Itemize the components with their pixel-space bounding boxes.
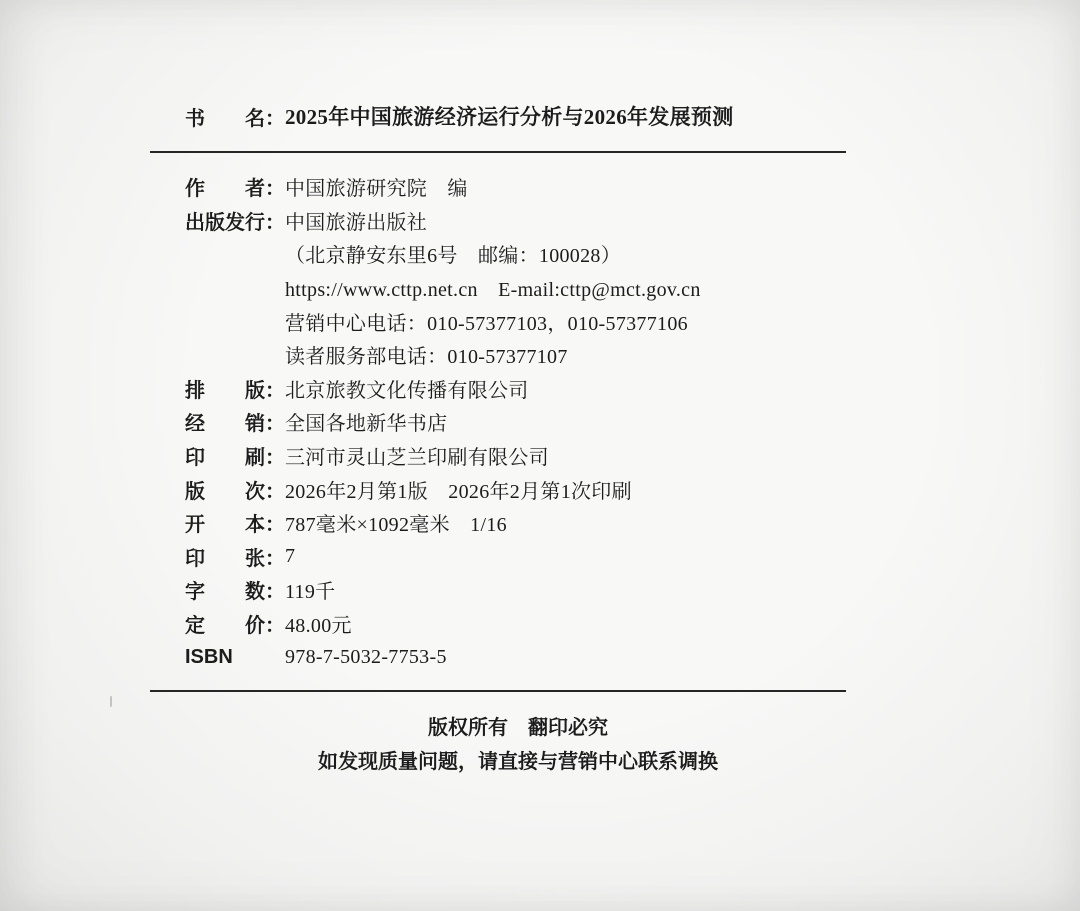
field-label: 版次 (185, 475, 265, 504)
field-separator: ： (265, 542, 285, 571)
divider-bottom (150, 690, 846, 692)
field-label: 定价 (185, 609, 265, 638)
field-row-website-email: https://www.cttp.net.cn E-mail:cttp@mct.… (150, 271, 846, 305)
field-value: （北京静安东里6号 邮编：100028） (285, 239, 621, 268)
field-separator: ： (265, 374, 285, 403)
field-value: https://www.cttp.net.cn E-mail:cttp@mct.… (285, 273, 701, 302)
field-row-sheets: 印张： 7 (150, 540, 846, 574)
field-separator: ： (265, 609, 285, 638)
field-row-author: 作者： 中国旅游研究院 编 (150, 170, 846, 204)
field-label: 作者 (185, 172, 265, 201)
field-label-cell: 出版发行： (185, 206, 285, 235)
field-value: 2026年2月第1版 2026年2月第1次印刷 (285, 475, 632, 504)
field-separator: ： (265, 441, 285, 470)
field-row-isbn: ISBN 978-7-5032-7753-5 (150, 640, 846, 674)
book-copyright-page: 书名 ： 2025年中国旅游经济运行分析与2026年发展预测 作者： 中国旅游研… (0, 0, 1080, 911)
field-label-cell: 开本： (185, 508, 285, 537)
field-row-address: （北京静安东里6号 邮编：100028） (150, 237, 846, 271)
title-label-cell: 书名 ： (185, 102, 285, 131)
field-label: 印张 (185, 542, 265, 571)
field-separator: ： (265, 172, 285, 201)
field-value: 7 (285, 545, 295, 568)
field-row-price: 定价： 48.00元 (150, 607, 846, 641)
field-value: 中国旅游出版社 (285, 206, 427, 235)
field-label: 开本 (185, 508, 265, 537)
field-row-typesetting: 排版： 北京旅教文化传播有限公司 (150, 372, 846, 406)
field-value: 978-7-5032-7753-5 (285, 646, 447, 669)
field-label-cell: 作者： (185, 172, 285, 201)
field-row-reader-service-phone: 读者服务部电话：010-57377107 (150, 338, 846, 372)
field-row-printing: 印刷： 三河市灵山芝兰印刷有限公司 (150, 439, 846, 473)
field-value: 三河市灵山芝兰印刷有限公司 (285, 441, 549, 470)
field-label: 印刷 (185, 441, 265, 470)
field-label-cell: 定价： (185, 609, 285, 638)
field-separator: ： (265, 575, 285, 604)
field-value: 读者服务部电话：010-57377107 (285, 340, 568, 369)
footer-notices: 版权所有 翻印必究 如发现质量问题，请直接与营销中心联系调换 (150, 711, 846, 779)
field-row-word-count: 字数： 119千 (150, 573, 846, 607)
copyright-notice: 版权所有 翻印必究 (190, 711, 846, 745)
field-separator: ： (265, 206, 285, 235)
field-value: 787毫米×1092毫米 1/16 (285, 508, 507, 537)
field-row-distribution: 经销： 全国各地新华书店 (150, 405, 846, 439)
field-label-cell: 印刷： (185, 441, 285, 470)
field-value: 全国各地新华书店 (285, 407, 447, 436)
field-label-cell: 印张： (185, 542, 285, 571)
field-separator: ： (265, 407, 285, 436)
book-title-row: 书名 ： 2025年中国旅游经济运行分析与2026年发展预测 (150, 101, 846, 131)
field-label-cell: 经销： (185, 407, 285, 436)
field-value: 北京旅教文化传播有限公司 (285, 374, 529, 403)
field-value: 营销中心电话：010-57377103，010-57377106 (285, 307, 688, 336)
field-separator: ： (265, 508, 285, 537)
field-label-cell: ISBN (185, 646, 285, 669)
divider-top (150, 151, 846, 153)
field-label: 字数 (185, 575, 265, 604)
field-label-cell: 字数： (185, 575, 285, 604)
quality-exchange-notice: 如发现质量问题，请直接与营销中心联系调换 (190, 745, 846, 779)
field-value: 中国旅游研究院 编 (285, 172, 468, 201)
field-label: 经销 (185, 407, 265, 436)
field-row-format: 开本： 787毫米×1092毫米 1/16 (150, 506, 846, 540)
field-row-marketing-phone: 营销中心电话：010-57377103，010-57377106 (150, 304, 846, 338)
scan-artifact (110, 696, 112, 707)
field-row-edition: 版次： 2026年2月第1版 2026年2月第1次印刷 (150, 472, 846, 506)
field-separator: ： (265, 475, 285, 504)
book-title: 2025年中国旅游经济运行分析与2026年发展预测 (285, 101, 734, 131)
field-label-cell: 排版： (185, 374, 285, 403)
colophon-content: 书名 ： 2025年中国旅游经济运行分析与2026年发展预测 作者： 中国旅游研… (150, 0, 846, 779)
field-label-cell: 版次： (185, 475, 285, 504)
field-row-publisher: 出版发行： 中国旅游出版社 (150, 204, 846, 238)
field-label: 出版发行 (185, 206, 265, 235)
field-label: ISBN (185, 646, 265, 669)
field-label: 排版 (185, 374, 265, 403)
colophon-rows: 作者： 中国旅游研究院 编 出版发行： 中国旅游出版社 （北京静安东里6号 邮编… (150, 170, 846, 674)
title-field-separator: ： (265, 102, 285, 131)
field-value: 119千 (285, 575, 335, 604)
title-field-label: 书名 (185, 102, 265, 131)
field-value: 48.00元 (285, 609, 352, 638)
